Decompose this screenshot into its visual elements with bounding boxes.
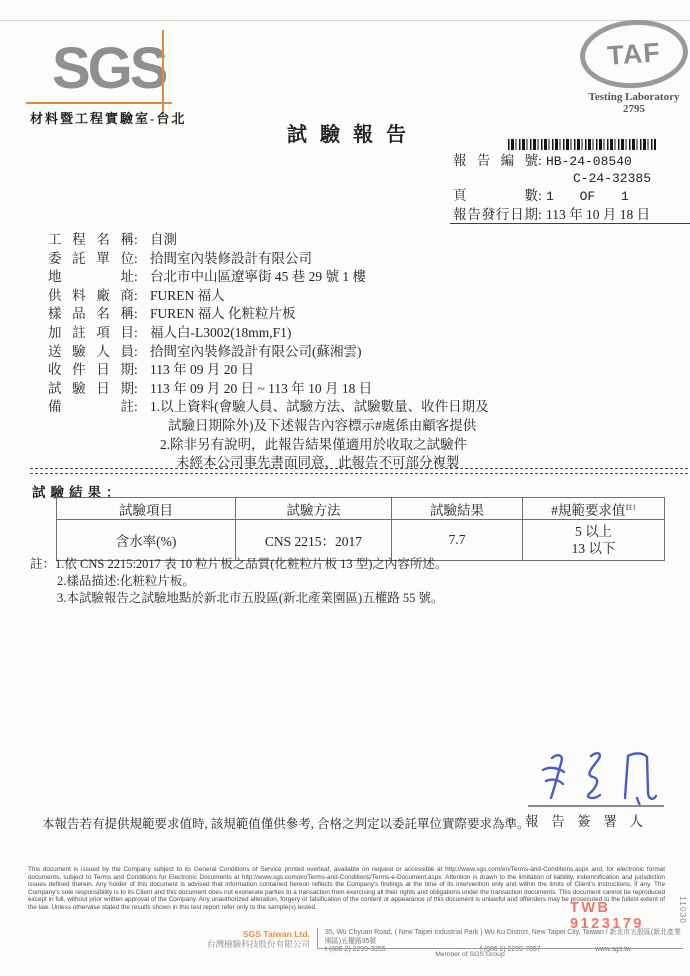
field-value: 福人白-L3002(18mm,F1) — [150, 325, 291, 340]
spec-line-max: 13 以下 — [523, 540, 664, 557]
field-label: 供料廠商 — [48, 287, 134, 306]
spec-line-min: 5 以上 — [523, 523, 664, 540]
report-number-secondary: C-24-32385 — [453, 170, 690, 187]
cell-test-item: 含水率(%) — [57, 520, 236, 561]
field-label: 委託單位 — [48, 250, 134, 269]
header-spec-text: #規範要求值 — [551, 503, 625, 518]
note-line-2: 2.樣品描述:化粧粒片板。 — [30, 573, 447, 590]
report-info-block: 報告編號:HB-24-08540 C-24-32385 頁數:1 OF 1 報告… — [453, 152, 690, 223]
results-notes: 註：1.依 CNS 2215:2017 表 10 粒片板之品質(化粧粒片板 13… — [30, 556, 447, 606]
results-data-row: 含水率(%) CNS 2215：2017 7.7 5 以上 13 以下 — [57, 520, 665, 561]
field-row-received-date: 收件日期:113 年 09 月 20 日 — [48, 361, 658, 380]
taf-logo-text: TAF — [606, 37, 662, 72]
double-dashed-separator — [30, 468, 688, 474]
issue-date-value: 113 年 10 月 18 日 — [546, 207, 650, 222]
footer-member-text: Member of SGS Group — [380, 951, 560, 958]
results-table: 試驗項目 試驗方法 試驗結果 #規範要求值註1 含水率(%) CNS 2215：… — [56, 497, 665, 561]
field-value: FUREN 福人 化粧粒片板 — [150, 306, 296, 321]
field-row-annotation: 加註項目:福人白-L3002(18mm,F1) — [48, 324, 658, 343]
field-label: 送驗人員 — [48, 343, 134, 362]
colon: : — [134, 380, 142, 399]
test-report-page: SGS 材料暨工程實驗室-台北 試驗報告 TAF Testing Laborat… — [0, 0, 690, 976]
field-value: 拾間室內裝修設計有限公司(蘇湘雲) — [150, 344, 362, 359]
colon: : — [538, 206, 546, 223]
field-row-supplier: 供料廠商:FUREN 福人 — [48, 287, 658, 306]
colon: : — [134, 287, 142, 306]
colon: : — [134, 305, 142, 324]
field-value: 113 年 09 月 20 日 — [150, 362, 254, 377]
field-value: 113 年 09 月 20 日 ~ 113 年 10 月 18 日 — [150, 381, 372, 396]
report-number-value: HB-24-08540 — [546, 154, 632, 169]
colon: : — [538, 187, 546, 204]
signatory-label: 報告簽署人 — [525, 810, 643, 830]
crop-mark-horizontal — [26, 102, 172, 104]
handwritten-signature — [536, 748, 664, 808]
taf-lab-number: 2795 — [576, 103, 690, 115]
field-label: 工程名稱 — [48, 231, 134, 250]
field-row-address: 地址:台北市中山區遼寧街 45 巷 29 號 1 樓 — [48, 268, 658, 287]
field-label: 地址 — [48, 268, 134, 287]
report-info-underline — [450, 223, 690, 224]
field-label: 試驗日期 — [48, 380, 134, 399]
footer-underline — [317, 948, 683, 949]
header-spec-requirement: #規範要求值註1 — [523, 498, 665, 520]
field-value: 拾間室內裝修設計有限公司 — [150, 251, 312, 266]
footer-company-zh: 台灣檢驗科技股份有限公司 — [150, 940, 310, 950]
field-row-client: 委託單位:拾間室內裝修設計有限公司 — [48, 250, 658, 269]
colon: : — [134, 324, 142, 343]
laboratory-name: 材料暨工程實驗室-台北 — [30, 108, 186, 127]
field-value: 自測 — [150, 232, 177, 247]
header-test-item: 試驗項目 — [57, 498, 236, 520]
report-number-row: 報告編號:HB-24-08540 — [453, 152, 690, 170]
note-line-3: 3.本試驗報告之試驗地點於新北市五股區(新北產業園區)五權路 55 號。 — [30, 590, 447, 607]
field-row-project-name: 工程名稱:自測 — [48, 231, 658, 250]
footer-address: 35, Wu Chyuan Road, ( New Taipei Industr… — [325, 929, 683, 946]
page-count-label: 頁數 — [453, 187, 538, 204]
colon: : — [538, 152, 546, 169]
cell-test-result: 7.7 — [392, 520, 523, 561]
remark-line-2: 試驗日期除外)及下述報告內容標示#處係由顧客提供 — [48, 417, 658, 436]
header-test-result: 試驗結果 — [392, 498, 523, 520]
remark-line-1: 1.以上資料(會驗人員、試驗方法、試驗數量、收件日期及 — [150, 399, 489, 414]
header-test-method: 試驗方法 — [236, 498, 392, 520]
field-row-submitter: 送驗人員:拾間室內裝修設計有限公司(蘇湘雲) — [48, 343, 658, 362]
field-label: 收件日期 — [48, 361, 134, 380]
taf-testing-laboratory-label: Testing Laboratory — [576, 91, 690, 103]
field-label: 備註 — [48, 398, 134, 417]
field-label: 樣品名稱 — [48, 305, 134, 324]
colon: : — [134, 361, 142, 380]
colon: : — [134, 231, 142, 250]
note-prefix: 註： — [30, 557, 55, 571]
field-value: FUREN 福人 — [150, 288, 225, 303]
note-1-text: 1.依 CNS 2215:2017 表 10 粒片板之品質(化粧粒片板 13 型… — [55, 557, 447, 571]
field-row-remark: 備註:1.以上資料(會驗人員、試驗方法、試驗數量、收件日期及 — [48, 398, 658, 417]
field-label: 加註項目 — [48, 324, 134, 343]
page-count-value: 1 OF 1 — [546, 189, 629, 204]
spec-note-reference: 註1 — [625, 503, 636, 511]
cell-test-method: CNS 2215：2017 — [236, 520, 392, 561]
field-value: 台北市中山區遼寧街 45 巷 29 號 1 樓 — [150, 269, 366, 284]
issue-date-row: 報告發行日期:113 年 10 月 18 日 — [453, 206, 690, 223]
report-fields: 工程名稱:自測 委託單位:拾間室內裝修設計有限公司 地址:台北市中山區遼寧街 4… — [48, 231, 658, 473]
results-header-row: 試驗項目 試驗方法 試驗結果 #規範要求值註1 — [57, 498, 665, 520]
footer-divider — [317, 928, 318, 949]
cell-spec-requirement: 5 以上 13 以下 — [523, 520, 665, 561]
page-count-row: 頁數:1 OF 1 — [453, 187, 690, 205]
report-number-label: 報告編號 — [453, 152, 538, 169]
issue-date-label: 報告發行日期 — [453, 206, 538, 223]
colon: : — [134, 250, 142, 269]
sgs-logo: SGS — [52, 40, 166, 98]
twb-serial-number: TWB 9123179 — [570, 900, 690, 932]
taf-oval-icon: TAF — [578, 16, 690, 91]
scan-edge-code: 11030 — [678, 896, 688, 924]
colon: : — [134, 268, 142, 287]
footer-company-block: SGS Taiwan Ltd. 台灣檢驗科技股份有限公司 — [150, 930, 310, 949]
signature-line — [528, 805, 664, 807]
note-line-1: 註：1.依 CNS 2215:2017 表 10 粒片板之品質(化粧粒片板 13… — [30, 556, 447, 573]
document-title: 試驗報告 — [287, 118, 419, 147]
field-row-test-date: 試驗日期:113 年 09 月 20 日 ~ 113 年 10 月 18 日 — [48, 380, 658, 399]
field-row-sample-name: 樣品名稱:FUREN 福人 化粧粒片板 — [48, 305, 658, 324]
colon: : — [134, 398, 142, 417]
colon: : — [134, 343, 142, 362]
barcode — [508, 139, 656, 150]
spec-reference-statement: 本報告若有提供規範要求值時, 該規範值僅供參考, 合格之判定以委託單位實際要求為… — [42, 814, 530, 832]
remark-line-3: 2.除非另有說明，此報告結果僅適用於收取之試驗件 — [48, 436, 658, 455]
taf-accreditation-mark: TAF Testing Laboratory 2795 — [576, 20, 690, 115]
